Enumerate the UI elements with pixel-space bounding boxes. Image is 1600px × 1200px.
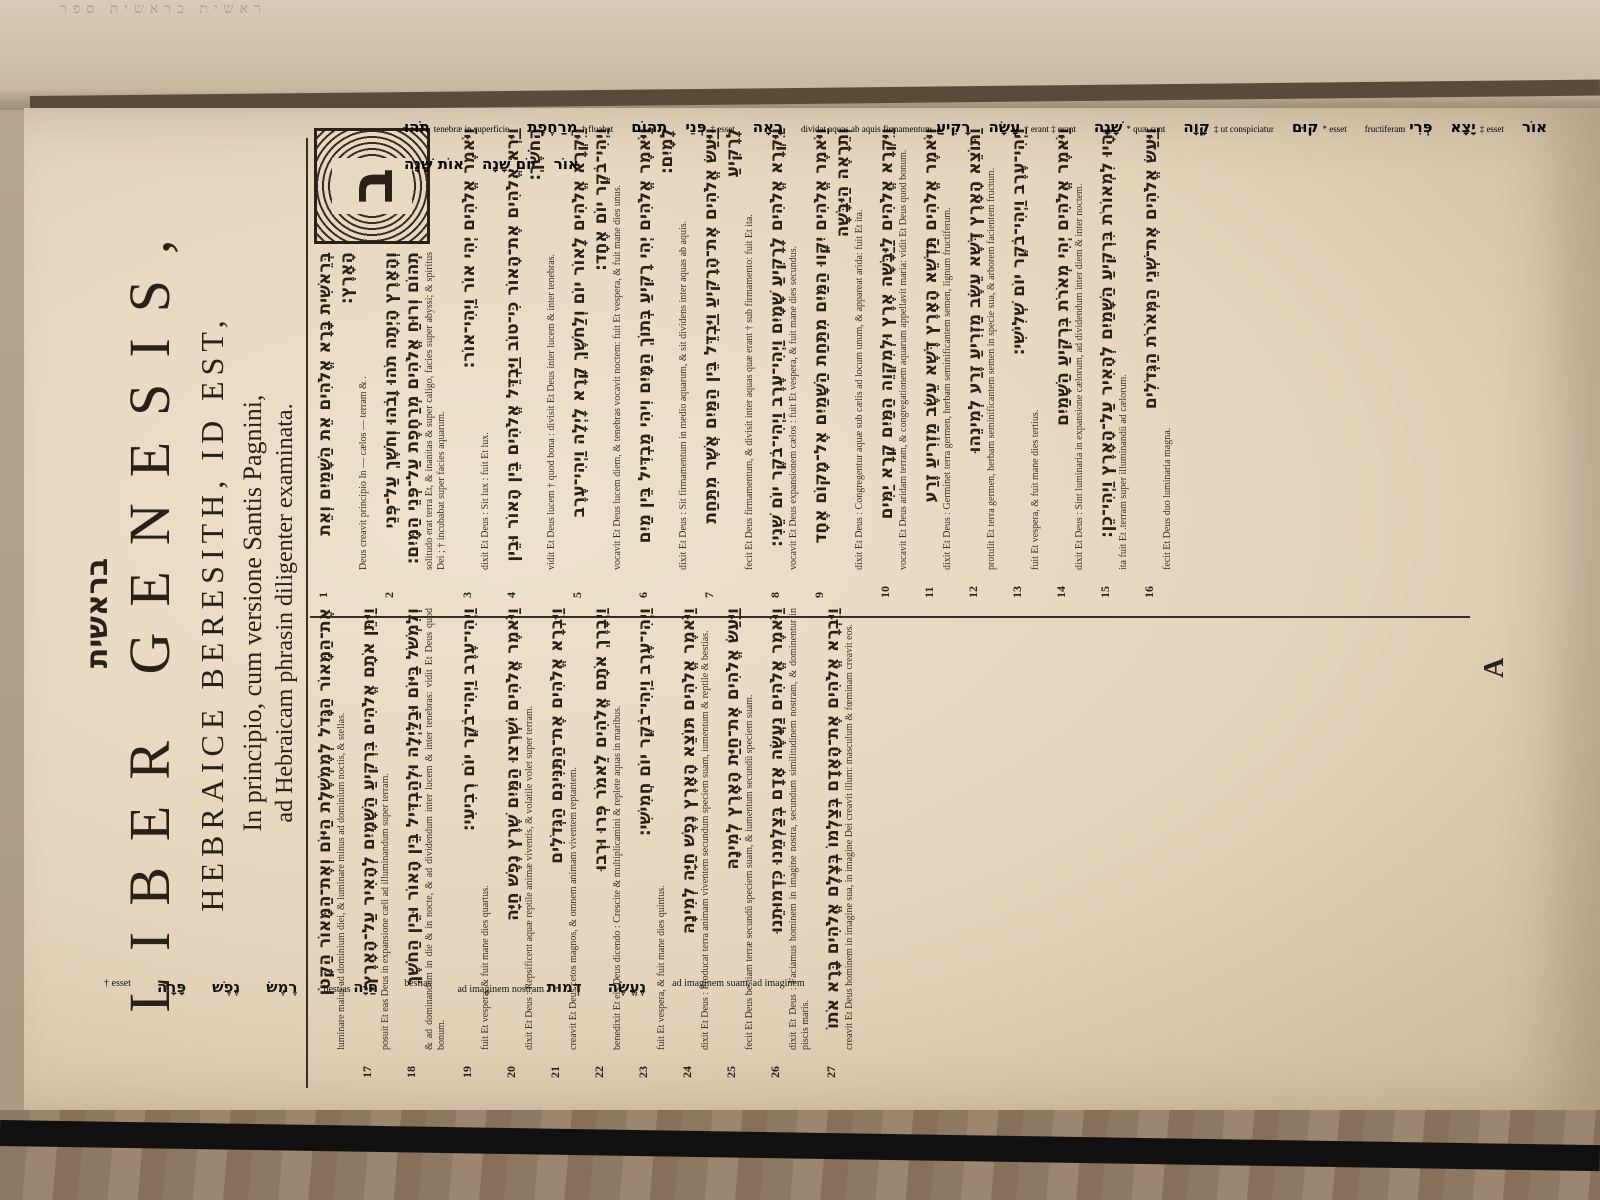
top-margin-notes: תֹהוּ tenebræ in superficie מְרַחֶפֶת † …	[404, 118, 1584, 218]
hebrew-book-title: בראשית	[80, 108, 115, 1118]
margin-note: שָׁנָה * quæ sunt	[1094, 118, 1166, 137]
margin-note: bestias חַיָּה	[323, 978, 378, 996]
margin-note: fructiferam פְּרִי	[1365, 118, 1433, 137]
margin-note: ad imaginem nostram דְּמוּת	[457, 978, 581, 996]
book-page: בראשית LIBER GENESIS, HEBRAICE BERESITH,…	[24, 108, 1600, 1118]
rotated-page-content: בראשית LIBER GENESIS, HEBRAICE BERESITH,…	[24, 108, 1600, 1118]
outer-margin-notes: † esset פָּרָה נֶפֶשׁ רֶמֶשׂ bestias חַי…	[104, 978, 1504, 1108]
page-title: LIBER GENESIS,	[116, 108, 183, 1118]
margin-note: רֶמֶשׂ	[266, 978, 297, 996]
margin-note: תְהוֹם	[631, 118, 667, 137]
margin-note: אוֹר	[1522, 118, 1547, 137]
margin-note: יָצָא ‡ esset	[1451, 118, 1504, 137]
margin-note: מְרַחֶפֶת † fluabat	[527, 118, 613, 137]
margin-note: רָאָה	[753, 118, 783, 137]
margin-note: תֹהוּ tenebræ in superficie	[404, 118, 509, 137]
verse: 1בְּרֵאשִׁית בָּרָא אֱלֹהִים אֵת הַשָּׁמ…	[314, 128, 370, 598]
margin-note: † esset	[104, 978, 131, 996]
margin-note: אוֹר	[554, 155, 579, 174]
margin-note: קוּם * esset	[1292, 118, 1347, 137]
page-subtitle: HEBRAICE BERESITH, ID EST,	[194, 108, 231, 1118]
margin-note: bestias	[404, 978, 431, 996]
bleed-through-text: ראשית בראשית ספר	[60, 2, 267, 18]
margin-note: פְּנֵי ‡ esset	[685, 118, 734, 137]
margin-note: נֶעֱשֶׂה	[608, 978, 646, 996]
subtitle-line-2: ad Hebraicam phrasin diligenter examinat…	[272, 108, 299, 1118]
header-rule	[306, 138, 308, 1088]
margin-note: יוֹם שָׁנָה	[482, 155, 536, 174]
margin-note: נֶפֶשׁ	[212, 978, 240, 996]
margin-note: אוֹת שָׁנָה	[404, 155, 464, 174]
margin-note: פָּרָה	[157, 978, 186, 996]
subtitle-line-1: In principio, cum versione Santis Pagnin…	[238, 108, 268, 1118]
margin-note: dividat aquas ab aquis firmamentum רָקִי…	[801, 118, 970, 137]
margin-note: ad imaginem suam, ad imaginem	[672, 978, 804, 996]
margin-note: קָוָה ‡ ut conspiciatur	[1183, 118, 1274, 137]
signature-mark: A	[1479, 658, 1511, 678]
margin-note: עָשָׂה † erant ‡ erant	[988, 118, 1075, 137]
